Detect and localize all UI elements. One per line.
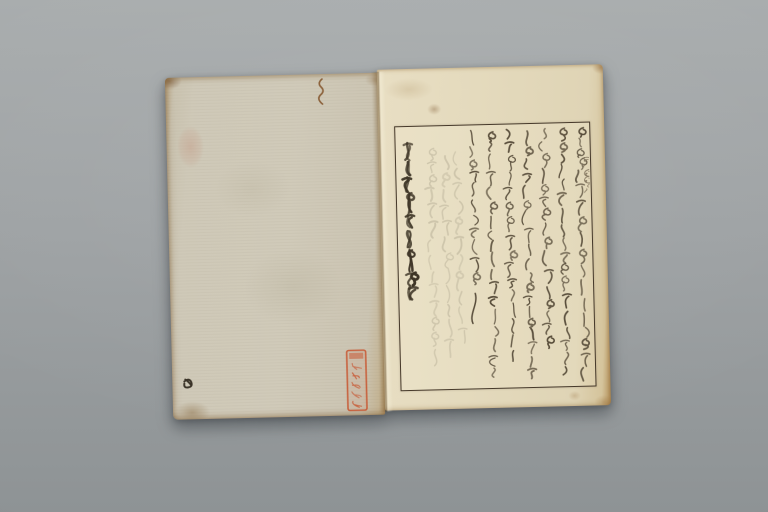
text-column xyxy=(538,129,555,349)
calligraphy-columns xyxy=(395,123,594,390)
text-column xyxy=(501,129,520,361)
photo-backdrop xyxy=(0,0,768,512)
left-page xyxy=(165,73,385,420)
showthrough-column xyxy=(452,152,467,344)
title-column xyxy=(402,143,419,300)
text-frame xyxy=(394,122,596,392)
text-column xyxy=(556,128,574,375)
brown-squiggle-stain xyxy=(318,79,323,104)
text-column xyxy=(484,132,502,377)
text-column xyxy=(467,130,482,323)
book xyxy=(165,64,615,423)
collector-seal xyxy=(347,350,367,410)
showthrough-column xyxy=(424,148,441,366)
right-page xyxy=(377,64,611,410)
left-page-marks xyxy=(165,73,385,420)
text-column xyxy=(519,131,538,379)
ink-mark xyxy=(184,379,192,387)
showthrough-column xyxy=(439,156,456,357)
